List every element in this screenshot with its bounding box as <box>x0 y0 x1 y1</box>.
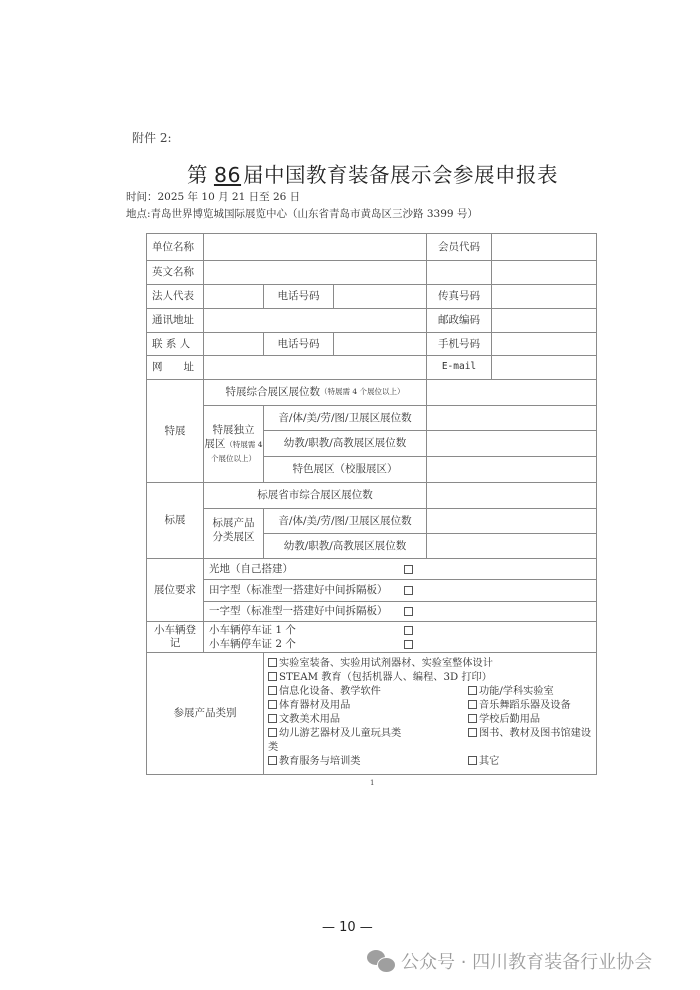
label-vehicle: 小车辆登记 <box>146 621 204 653</box>
standard-row-1-field[interactable] <box>426 508 597 534</box>
product-option-label: 学校后勤用品 <box>479 714 540 725</box>
email-field[interactable] <box>491 355 597 380</box>
product-option-steam[interactable]: STEAM 教育（包括机器人、编程、3D 打印） <box>268 671 492 685</box>
label-fax: 传真号码 <box>426 284 492 309</box>
wechat-icon <box>367 950 395 972</box>
product-option-label: 幼儿游艺器材及儿童玩具类 <box>279 728 401 739</box>
checkbox[interactable] <box>404 565 413 574</box>
product-option-label: 音乐舞蹈乐器及设备 <box>479 700 571 711</box>
contact-phone-field[interactable] <box>333 332 427 356</box>
product-option-toys-wrap: 类 <box>268 741 278 755</box>
attachment-label: 附件 2: <box>132 129 172 146</box>
special-comprehensive-note: （特展需 4 个展位以上） <box>320 387 405 397</box>
product-option-subject-lab[interactable]: 功能/学科实验室 <box>468 685 554 699</box>
label-special-row-1: 音/体/美/劳/图/卫展区展位数 <box>263 405 427 431</box>
vehicle-option-2[interactable]: 小车辆停车证 2 个 <box>209 637 413 651</box>
inner-page-number: 1 <box>370 779 374 787</box>
label-booth-requirements: 展位要求 <box>146 558 204 622</box>
checkbox[interactable] <box>468 756 477 765</box>
checkbox[interactable] <box>268 700 277 709</box>
checkbox[interactable] <box>404 640 413 649</box>
special-row-2-field[interactable] <box>426 430 597 457</box>
product-option-other[interactable]: 其它 <box>468 755 499 769</box>
checkbox[interactable] <box>268 672 277 681</box>
title-suffix: 届中国教育装备展示会参展申报表 <box>243 163 558 187</box>
product-option-it[interactable]: 信息化设备、教学软件 <box>268 685 381 699</box>
label-member-code: 会员代码 <box>426 233 492 261</box>
label-special-independent: 特展独立 展区（特展需 4 个展位以上） <box>203 405 264 483</box>
application-form-table: 单位名称 会员代码 英文名称 法人代表 电话号码 传真号码 通讯地址 邮政编码 … <box>146 233 597 775</box>
product-option-logistics[interactable]: 学校后勤用品 <box>468 713 540 727</box>
product-option-label: 文教美术用品 <box>279 714 340 725</box>
product-option-label: STEAM 教育（包括机器人、编程、3D 打印） <box>279 672 492 683</box>
checkbox[interactable] <box>268 756 277 765</box>
mobile-field[interactable] <box>491 332 597 356</box>
booth-option-yi[interactable]: 一字型（标准型一搭建好中间拆隔板） <box>203 601 597 622</box>
product-option-label: 其它 <box>479 756 499 767</box>
label-contact: 联 系 人 <box>146 332 204 356</box>
label-special-comprehensive: 特展综合展区展位数（特展需 4 个展位以上） <box>203 379 427 406</box>
checkbox[interactable] <box>468 686 477 695</box>
special-independent-area: 展区（特展需 4 个展位以上） <box>204 437 263 465</box>
product-option-label: 实验室装备、实验用试剂器材、实验室整体设计 <box>279 658 493 669</box>
address-field[interactable] <box>203 308 427 333</box>
unit-name-field[interactable] <box>203 233 427 261</box>
label-address: 通讯地址 <box>146 308 204 333</box>
title-edition-number: 86 <box>208 163 243 187</box>
standard-row-2-field[interactable] <box>426 533 597 559</box>
checkbox[interactable] <box>404 626 413 635</box>
checkbox[interactable] <box>268 658 277 667</box>
special-independent-text: 特展独立 <box>213 423 255 437</box>
special-independent-area-text: 展区 <box>204 438 225 450</box>
label-postcode: 邮政编码 <box>426 308 492 333</box>
label-standard-provincial: 标展省市综合展区展位数 <box>203 482 427 509</box>
product-option-label: 体育器材及用品 <box>279 700 350 711</box>
checkbox[interactable] <box>268 686 277 695</box>
label-english-name: 英文名称 <box>146 260 204 285</box>
special-row-1-field[interactable] <box>426 405 597 431</box>
checkbox[interactable] <box>468 728 477 737</box>
watermark-text: 公众号 · 四川教育装备行业协会 <box>401 948 652 974</box>
label-standard-row-2: 幼教/职教/高教展区展位数 <box>263 533 427 559</box>
checkbox[interactable] <box>268 714 277 723</box>
label-phone: 电话号码 <box>263 332 334 356</box>
postcode-field[interactable] <box>491 308 597 333</box>
booth-option-label: 一字型（标准型一搭建好中间拆隔板） <box>209 604 404 618</box>
footer-page-number: — 10 — <box>322 920 373 935</box>
booth-option-tian[interactable]: 田字型（标准型一搭建好中间拆隔板） <box>203 579 597 602</box>
product-option-label: 功能/学科实验室 <box>479 686 554 697</box>
page-title: 第86届中国教育装备展示会参展申报表 <box>0 158 700 188</box>
booth-option-label: 光地（自己搭建） <box>209 562 404 576</box>
product-option-stationery[interactable]: 文教美术用品 <box>268 713 340 727</box>
product-option-toys[interactable]: 幼儿游艺器材及儿童玩具类 <box>268 727 401 741</box>
english-name-field[interactable] <box>203 260 427 285</box>
product-option-books[interactable]: 图书、教材及图书馆建设 <box>468 727 591 741</box>
empty-cell <box>426 260 492 285</box>
checkbox[interactable] <box>404 607 413 616</box>
label-legal-rep: 法人代表 <box>146 284 204 309</box>
website-field[interactable] <box>203 355 427 380</box>
vehicle-option-label: 小车辆停车证 1 个 <box>209 623 404 637</box>
checkbox[interactable] <box>468 714 477 723</box>
product-option-label: 教育服务与培训类 <box>279 756 361 767</box>
vehicle-option-1[interactable]: 小车辆停车证 1 个 <box>209 623 413 637</box>
booth-option-raw-space[interactable]: 光地（自己搭建） <box>203 558 597 580</box>
product-option-lab-equipment[interactable]: 实验室装备、实验用试剂器材、实验室整体设计 <box>268 657 493 671</box>
label-standard-exhibition: 标展 <box>146 482 204 559</box>
vehicle-options: 小车辆停车证 1 个 小车辆停车证 2 个 <box>203 621 597 653</box>
checkbox[interactable] <box>404 586 413 595</box>
label-unit-name: 单位名称 <box>146 233 204 261</box>
product-option-music[interactable]: 音乐舞蹈乐器及设备 <box>468 699 571 713</box>
vehicle-option-label: 小车辆停车证 2 个 <box>209 637 404 651</box>
fax-field[interactable] <box>491 284 597 309</box>
product-category-list: 实验室装备、实验用试剂器材、实验室整体设计 STEAM 教育（包括机器人、编程、… <box>268 657 593 772</box>
event-time: 时间：2025 年 10 月 21 日至 26 日 <box>126 189 300 204</box>
legal-rep-phone-field[interactable] <box>333 284 427 309</box>
label-standard-row-1: 音/体/美/劳/图/卫展区展位数 <box>263 508 427 534</box>
label-email: E-mail <box>426 355 492 380</box>
label-standard-category: 标展产品分类展区 <box>203 508 264 559</box>
special-row-3-field[interactable] <box>426 456 597 483</box>
product-option-label: 信息化设备、教学软件 <box>279 686 381 697</box>
product-option-training[interactable]: 教育服务与培训类 <box>268 755 361 769</box>
watermark: 公众号 · 四川教育装备行业协会 <box>367 948 652 974</box>
special-comprehensive-text: 特展综合展区展位数 <box>225 385 320 399</box>
empty-cell <box>491 260 597 285</box>
label-phone: 电话号码 <box>263 284 334 309</box>
label-mobile: 手机号码 <box>426 332 492 356</box>
member-code-field[interactable] <box>491 233 597 261</box>
legal-rep-field[interactable] <box>203 284 264 309</box>
checkbox[interactable] <box>468 700 477 709</box>
label-website: 网 址 <box>146 355 204 380</box>
special-comprehensive-field[interactable] <box>426 379 597 406</box>
contact-field[interactable] <box>203 332 264 356</box>
standard-provincial-field[interactable] <box>426 482 597 509</box>
product-option-label: 图书、教材及图书馆建设 <box>479 728 591 739</box>
product-option-sports[interactable]: 体育器材及用品 <box>268 699 350 713</box>
label-product-categories: 参展产品类别 <box>146 652 264 775</box>
label-special-row-3: 特色展区（校服展区） <box>263 456 427 483</box>
label-special-exhibition: 特展 <box>146 379 204 483</box>
checkbox[interactable] <box>268 728 277 737</box>
event-location: 地点:青岛世界博览城国际展览中心（山东省青岛市黄岛区三沙路 3399 号） <box>126 206 478 221</box>
title-prefix: 第 <box>187 163 208 187</box>
label-special-row-2: 幼教/职教/高教展区展位数 <box>263 430 427 457</box>
booth-option-label: 田字型（标准型一搭建好中间拆隔板） <box>209 583 404 597</box>
